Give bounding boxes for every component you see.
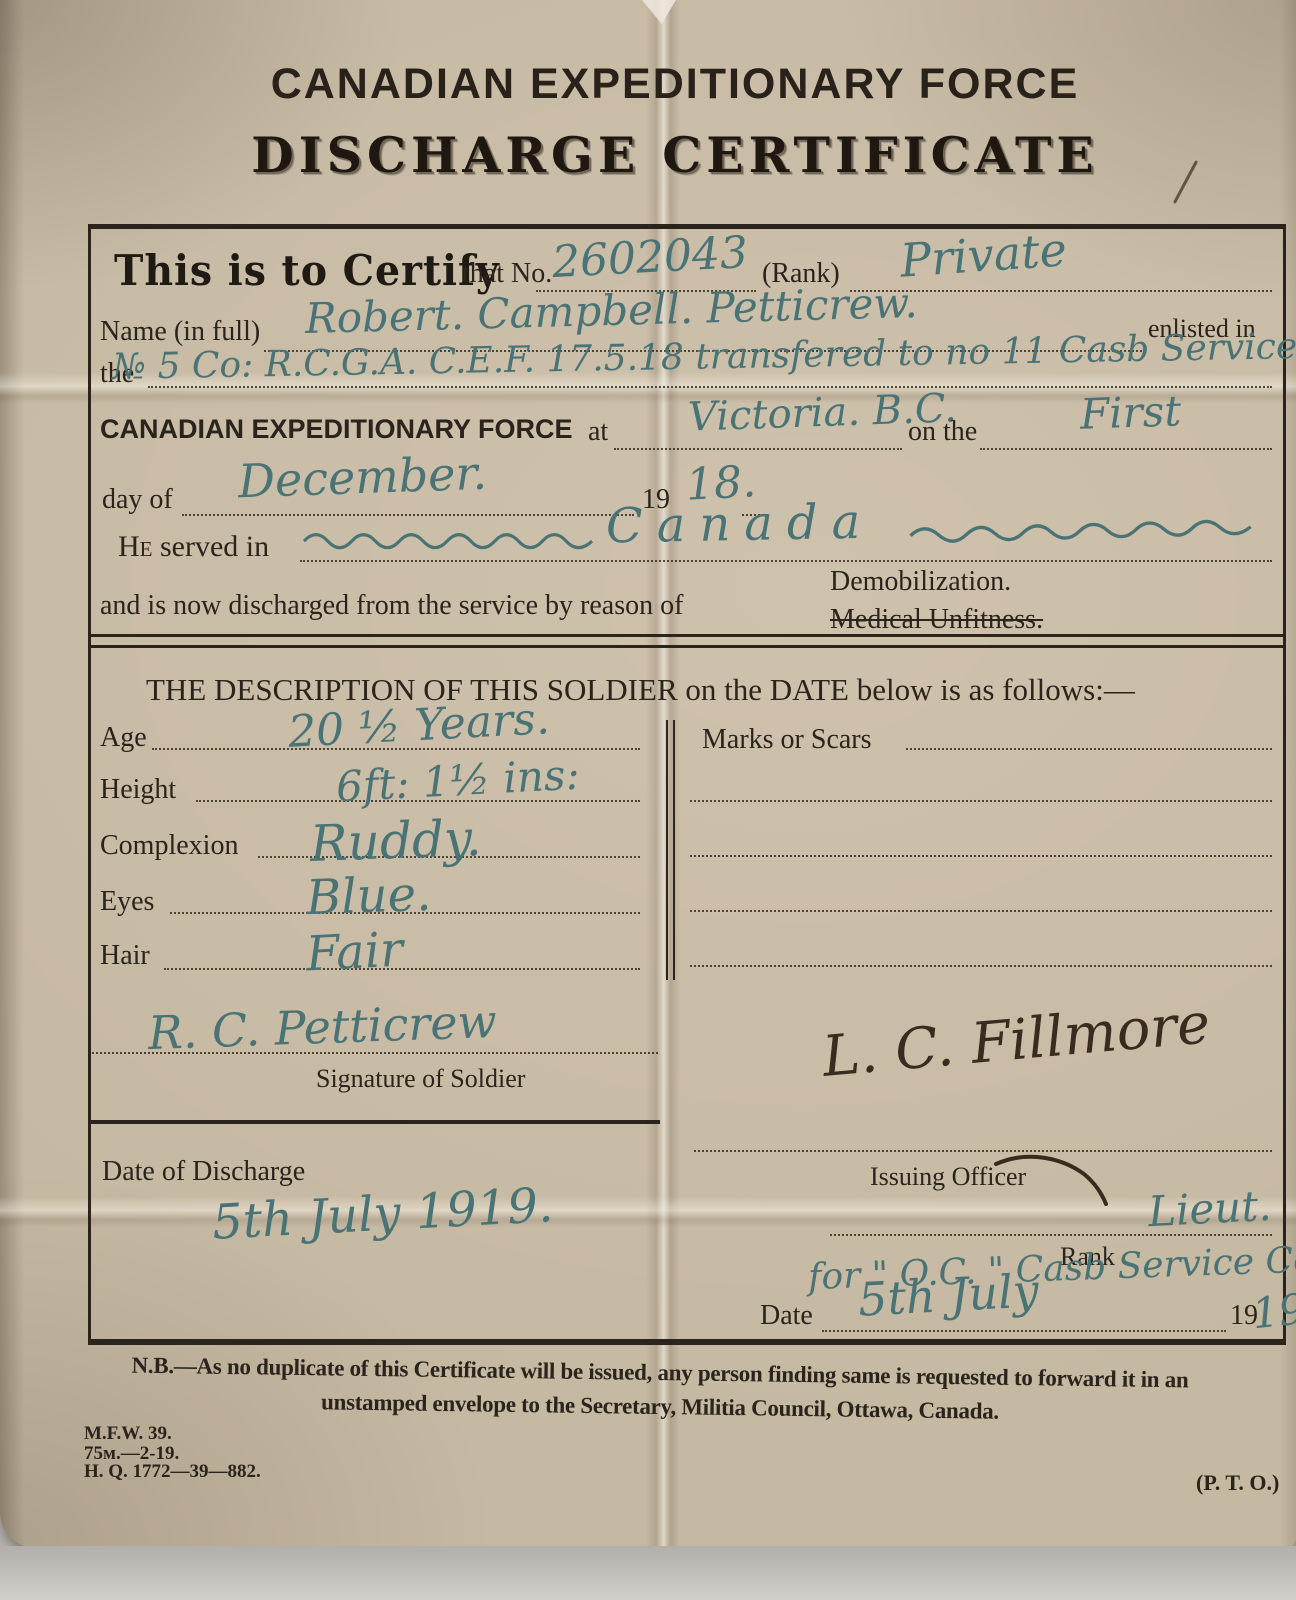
soldier-signature-caption: Signature of Soldier [316, 1064, 525, 1094]
dotted-line [694, 1150, 1272, 1152]
background-surface [0, 1546, 1296, 1600]
hair-value-handwritten: Fair [305, 922, 405, 983]
force-label: CANADIAN EXPEDITIONARY FORCE [100, 414, 573, 445]
issue-date-handwritten: 5th July [857, 1263, 1040, 1326]
certify-lead: This is to Certify [114, 246, 500, 295]
reason-option-medical-unfitness: Medical Unfitness. [830, 604, 1043, 636]
dotted-line [300, 560, 1272, 562]
dotted-line [614, 448, 902, 450]
column-divider [673, 720, 675, 980]
dotted-line [182, 514, 634, 516]
dotted-line [690, 910, 1272, 912]
dotted-line [830, 1234, 1272, 1236]
divider-rule [88, 634, 1286, 637]
served-label: served in [160, 530, 269, 563]
month-handwritten: December. [237, 446, 488, 509]
issue-year-handwritten: 19. [1250, 1283, 1296, 1339]
eyes-value-handwritten: Blue. [305, 866, 432, 926]
dotted-line [148, 386, 1272, 388]
that-no-label: that No. [462, 258, 552, 290]
day-handwritten: First [1079, 386, 1182, 438]
dotted-line [92, 1052, 658, 1054]
divider-rule [88, 645, 1286, 648]
ink-squiggle-left [302, 526, 600, 552]
document-subtitle: DISCHARGE CERTIFICATE [90, 126, 1260, 184]
day-of-label: day of [102, 484, 173, 516]
description-heading: THE DESCRIPTION OF THIS SOLDIER on the D… [146, 672, 1135, 708]
hair-label: Hair [100, 940, 150, 972]
height-label: Height [100, 774, 176, 806]
complexion-label: Complexion [100, 830, 238, 862]
served-value-handwritten: Canada [606, 494, 875, 555]
dotted-line [690, 965, 1272, 967]
marks-or-scars-label: Marks or Scars [702, 724, 872, 756]
pto-label: (P. T. O.) [1196, 1470, 1279, 1496]
served-in-label: He served in [118, 530, 269, 564]
certificate-paper: CANADIAN EXPEDITIONARY FORCE DISCHARGE C… [0, 0, 1296, 1548]
complexion-value-handwritten: Ruddy. [309, 809, 482, 873]
left-section-rule [88, 1120, 660, 1124]
reason-lead: and is now discharged from the service b… [100, 590, 683, 622]
form-code-1: M.F.W. 39. [84, 1424, 172, 1444]
column-divider [666, 720, 668, 980]
dotted-line [980, 448, 1272, 450]
document-title: CANADIAN EXPEDITIONARY FORCE [90, 60, 1260, 109]
signature-flourish [990, 1148, 1110, 1208]
eyes-label: Eyes [100, 886, 154, 918]
name-label: Name (in full) [100, 316, 260, 348]
at-label: at [588, 416, 608, 448]
on-the-label: on the [908, 416, 977, 448]
dotted-line [906, 748, 1272, 750]
dotted-line [822, 1330, 1226, 1332]
dotted-line [690, 855, 1272, 857]
date-of-discharge-label: Date of Discharge [102, 1156, 305, 1188]
form-code-3: H. Q. 1772—39—882. [84, 1462, 261, 1482]
reason-option-demobilization: Demobilization. [830, 566, 1011, 598]
dotted-line [690, 800, 1272, 802]
served-lead: He [118, 530, 153, 563]
service-number-handwritten: 2602043 [551, 227, 749, 288]
age-label: Age [100, 722, 147, 754]
officer-rank-handwritten: Lieut. [1147, 1181, 1273, 1236]
date-label: Date [760, 1300, 813, 1332]
